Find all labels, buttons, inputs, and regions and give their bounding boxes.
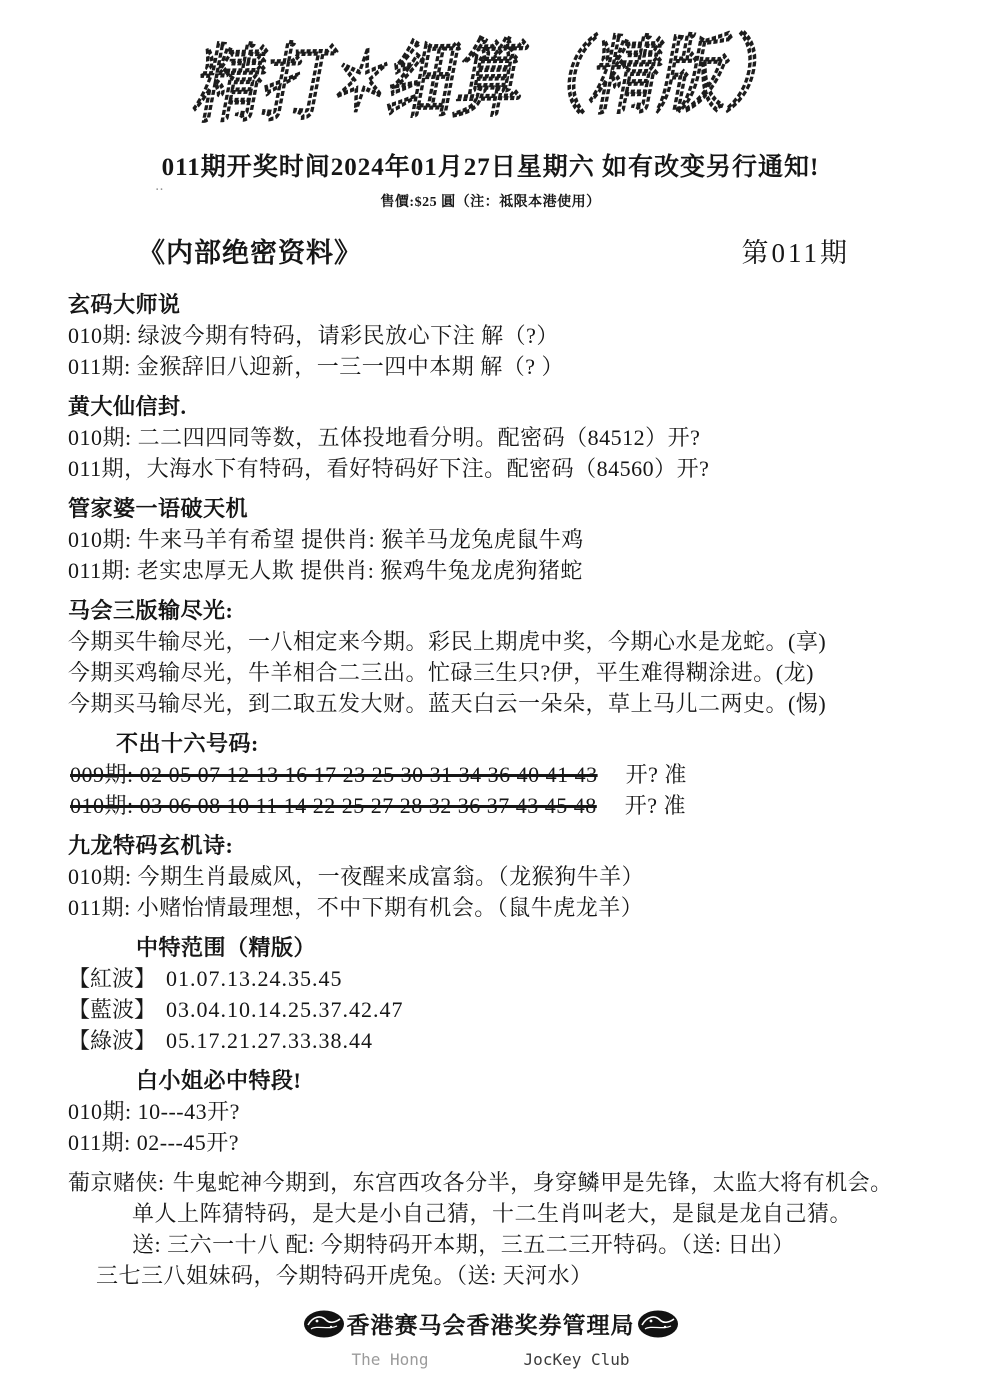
- section-xuanma: 玄码大师说 010期: 绿波今期有特码，请彩民放心下注 解（?） 011期: 金…: [68, 289, 951, 382]
- org-line: 香港赛马会香港奖券管理局: [303, 1307, 679, 1340]
- section-heading: 管家婆一语破天机: [68, 493, 951, 524]
- tip-line: 010期: 绿波今期有特码，请彩民放心下注 解（?）: [68, 320, 951, 351]
- section-sixteen-numbers: 不出十六号码: 009期: 02 05 07 12 13 16 17 23 25…: [68, 728, 951, 821]
- tip-line: 010期: 二二四四同等数，五体投地看分明。配密码（84512）开?: [68, 422, 951, 453]
- blue-wave-label: 【藍波】: [68, 997, 156, 1022]
- jockey-club-emblem-icon: [303, 1309, 345, 1339]
- section-heading: 不出十六号码:: [116, 728, 951, 759]
- draw-date-line: 011期开奖时间2024年01月27日星期六 如有改变另行通知!: [0, 147, 981, 183]
- tip-line: 011期: 02---45开?: [68, 1127, 951, 1158]
- blue-wave-numbers: 03.04.10.14.25.37.42.47: [166, 997, 404, 1022]
- org-name: 香港赛马会香港奖券管理局: [347, 1307, 635, 1340]
- tip-line: 011期: 小赌怡情最理想，不中下期有机会。（鼠牛虎龙羊）: [68, 892, 951, 923]
- red-wave-label: 【紅波】: [68, 966, 156, 991]
- section-heading: 玄码大师说: [68, 289, 951, 320]
- section-pujing: 葡京赌侠: 牛鬼蛇神今期到，东宫西攻各分半，身穿鳞甲是先锋，太监大将有机会。 单…: [68, 1167, 951, 1291]
- section-baixiaojie: 白小姐必中特段! 010期: 10---43开? 011期: 02---45开?: [68, 1065, 951, 1158]
- footer: 香港赛马会香港奖券管理局 The Hong JocKey Club: [0, 1307, 981, 1369]
- section-heading: 白小姐必中特段!: [136, 1065, 951, 1096]
- struck-numbers-row: 009期: 02 05 07 12 13 16 17 23 25 30 31 3…: [68, 759, 951, 790]
- pujing-label: 葡京赌侠:: [68, 1167, 165, 1198]
- logo-text: 精打✶细算（精版）: [188, 27, 806, 133]
- section-jiulong: 九龙特码玄机诗: 010期: 今期生肖最威风，一夜醒来成富翁。（龙猴狗牛羊） 0…: [68, 830, 951, 923]
- doc-title: 《内部绝密资料》: [138, 231, 362, 270]
- tip-line: 单人上阵猜特码，是大是小自己猜，十二生肖叫老大，是鼠是龙自己猜。: [132, 1198, 951, 1229]
- row-result: 开? 准: [625, 793, 686, 818]
- tip-line: 010期: 10---43开?: [68, 1096, 951, 1127]
- tip-line: 011期: 金猴辞旧八迎新，一三一四中本期 解（? ）: [68, 351, 951, 382]
- footer-en-left: The Hong: [351, 1350, 428, 1369]
- tip-line: 牛鬼蛇神今期到，东宫西攻各分半，身穿鳞甲是先锋，太监大将有机会。: [173, 1167, 893, 1198]
- red-wave-numbers: 01.07.13.24.35.45: [166, 966, 343, 991]
- wave-row-red: 【紅波】 01.07.13.24.35.45: [68, 963, 951, 994]
- price-note: 售價:$25 圓（注：祗限本港使用）: [0, 191, 981, 211]
- issue-number: 第011期: [742, 231, 851, 270]
- row-result: 开? 准: [626, 762, 687, 787]
- tip-line: 010期: 牛来马羊有希望 提供肖: 猴羊马龙兔虎鼠牛鸡: [68, 524, 951, 555]
- sheet-body: 玄码大师说 010期: 绿波今期有特码，请彩民放心下注 解（?） 011期: 金…: [0, 270, 981, 1291]
- struck-numbers: 010期: 03 06 08 10 11 14 22 25 27 28 32 3…: [68, 793, 603, 818]
- section-heading: 马会三版输尽光:: [68, 595, 951, 626]
- green-wave-label: 【綠波】: [68, 1028, 156, 1053]
- section-wave-ranges: 中特范围（精版） 【紅波】 01.07.13.24.35.45 【藍波】 03.…: [68, 932, 951, 1056]
- section-guanjiapo: 管家婆一语破天机 010期: 牛来马羊有希望 提供肖: 猴羊马龙兔虎鼠牛鸡 01…: [68, 493, 951, 586]
- doc-title-row: 《内部绝密资料》 第011期: [0, 231, 981, 270]
- tip-line: 今期买鸡输尽光，牛羊相合二三出。忙碌三生只?伊，平生难得糊涂进。(龙): [68, 657, 951, 688]
- wave-row-blue: 【藍波】 03.04.10.14.25.37.42.47: [68, 994, 951, 1025]
- tip-line: 今期买牛输尽光，一八相定来今期。彩民上期虎中奖，今期心水是龙蛇。(享): [68, 626, 951, 657]
- tip-line: 今期买马输尽光，到二取五发大财。蓝天白云一朵朵，草上马儿二两史。(惕): [68, 688, 951, 719]
- struck-numbers: 009期: 02 05 07 12 13 16 17 23 25 30 31 3…: [68, 762, 604, 787]
- jockey-club-emblem-icon: [637, 1309, 679, 1339]
- scan-noise-dots: ‥: [155, 178, 166, 194]
- section-heading: 中特范围（精版）: [136, 932, 951, 963]
- struck-numbers-row: 010期: 03 06 08 10 11 14 22 25 27 28 32 3…: [68, 790, 951, 821]
- masthead-logo: 精打✶细算（精版）: [169, 7, 812, 151]
- section-heading: 九龙特码玄机诗:: [68, 830, 951, 861]
- tip-line: 011期，大海水下有特码，看好特码好下注。配密码（84560）开?: [68, 453, 951, 484]
- tip-line: 送: 三六一十八 配: 今期特码开本期，三五二三开特码。（送: 日出）: [132, 1229, 951, 1260]
- green-wave-numbers: 05.17.21.27.33.38.44: [166, 1028, 373, 1053]
- section-mahui: 马会三版输尽光: 今期买牛输尽光，一八相定来今期。彩民上期虎中奖，今期心水是龙蛇…: [68, 595, 951, 719]
- lottery-tip-sheet-page: ‥ 精打✶细算（精版） 011期开奖时间2024年01月27日星期六 如有改变另…: [0, 0, 981, 1388]
- section-huangdaxian: 黄大仙信封. 010期: 二二四四同等数，五体投地看分明。配密码（84512）开…: [68, 391, 951, 484]
- footer-english-line: The Hong JocKey Club: [0, 1350, 981, 1369]
- footer-en-right: JocKey Club: [524, 1350, 630, 1369]
- masthead: 精打✶细算（精版） 011期开奖时间2024年01月27日星期六 如有改变另行通…: [0, 0, 981, 211]
- calligraphy-logo-icon: 精打✶细算（精版）: [169, 7, 811, 146]
- tip-line: 011期: 老实忠厚无人欺 提供肖: 猴鸡牛兔龙虎狗猪蛇: [68, 555, 951, 586]
- pujing-first-row: 葡京赌侠: 牛鬼蛇神今期到，东宫西攻各分半，身穿鳞甲是先锋，太监大将有机会。: [68, 1167, 951, 1198]
- tip-line: 三七三八姐妹码，今期特码开虎兔。（送: 天河水）: [96, 1260, 951, 1291]
- section-heading: 黄大仙信封.: [68, 391, 951, 422]
- wave-row-green: 【綠波】 05.17.21.27.33.38.44: [68, 1025, 951, 1056]
- tip-line: 010期: 今期生肖最威风，一夜醒来成富翁。（龙猴狗牛羊）: [68, 861, 951, 892]
